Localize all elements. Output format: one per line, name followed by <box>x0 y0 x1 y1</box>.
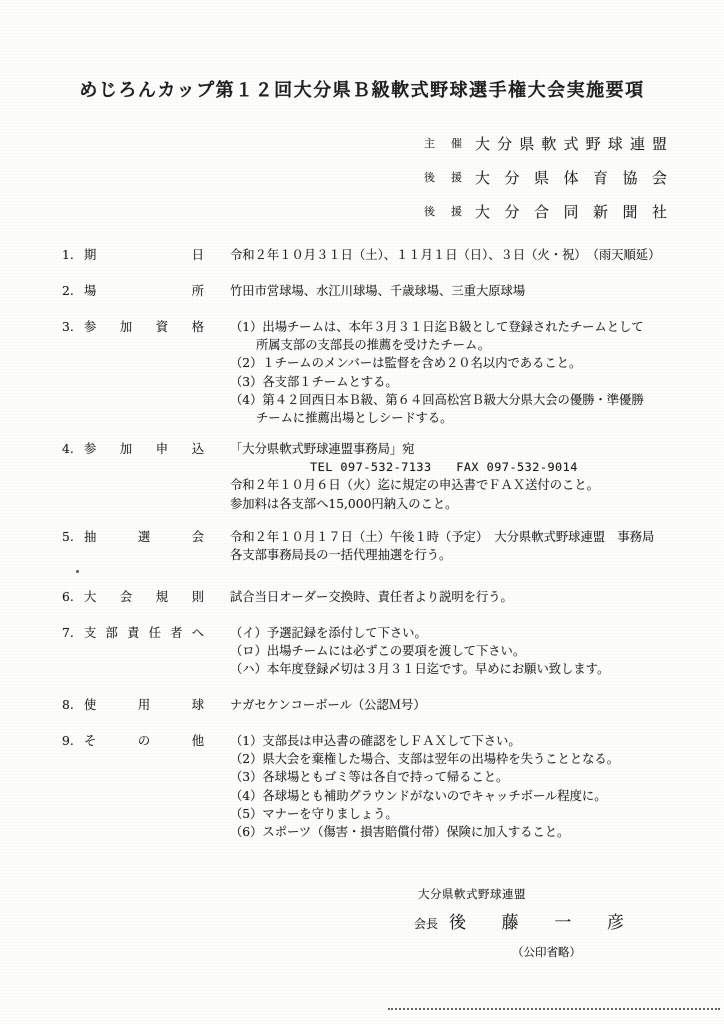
section-line: （イ）予選記録を添付して下さい。 <box>230 624 694 642</box>
section-line: 令和２年１０月３１日（土）、１１月１日（日）、３日（火・祝） （雨天順延） <box>230 246 694 264</box>
section-rules: 6. 大会規則 試合当日オーダー交換時、責任者より説明を行う。 <box>62 588 694 606</box>
section-eligibility: 3. 参加資格 （1）出場チームは、本年３月３１日迄Ｂ級として登録されたチームと… <box>62 318 694 427</box>
section-line: 所属支部の支部長の推薦を受けたチーム。 <box>230 336 694 354</box>
section-misc: 9. その他 （1）支部長は申込書の確認をしＦＡＸして下さい。 （2）県大会を棄… <box>62 732 694 841</box>
section-heading: 4. 参加申込 <box>62 440 230 513</box>
section-number: 3. <box>62 318 84 427</box>
section-ball: 8. 使用球 ナガセケンコーボール（公認Ｍ号） <box>62 696 694 714</box>
section-heading: 8. 使用球 <box>62 696 230 714</box>
seal-omitted-note: （公印省略） <box>512 944 581 960</box>
section-label: 参加申込 <box>84 440 204 513</box>
section-number: 2. <box>62 282 84 300</box>
section-date: 1. 期日 令和２年１０月３１日（土）、１１月１日（日）、３日（火・祝） （雨天… <box>62 246 694 264</box>
section-line: ナガセケンコーボール（公認Ｍ号） <box>230 696 694 714</box>
sponsor-row: 後援 大分県体育協会 <box>424 166 667 188</box>
section-line: 竹田市営球場、水江川球場、千歳球場、三重大原球場 <box>230 282 694 300</box>
section-venue: 2. 場所 竹田市営球場、水江川球場、千歳球場、三重大原球場 <box>62 282 694 300</box>
section-number: 4. <box>62 440 84 513</box>
section-number: 6. <box>62 588 84 606</box>
section-line: （6）スポーツ（傷害・損害賠償付帯）保険に加入すること。 <box>230 823 694 841</box>
scanned-document-page: めじろんカップ第１２回大分県Ｂ級軟式野球選手権大会実施要項 主催 大分県軟式野球… <box>0 0 724 1024</box>
section-line: （1）支部長は申込書の確認をしＦＡＸして下さい。 <box>230 732 694 750</box>
section-heading: 2. 場所 <box>62 282 230 300</box>
section-label: 支部責任者へ <box>84 624 204 679</box>
section-line: （5）マナーを守りましょう。 <box>230 805 694 823</box>
section-label: 場所 <box>84 282 204 300</box>
section-branch-managers: 7. 支部責任者へ （イ）予選記録を添付して下さい。 （ロ）出場チームには必ずこ… <box>62 624 694 679</box>
section-number: 9. <box>62 732 84 841</box>
section-label: 使用球 <box>84 696 204 714</box>
page-title: めじろんカップ第１２回大分県Ｂ級軟式野球選手権大会実施要項 <box>0 76 724 102</box>
section-heading: 9. その他 <box>62 732 230 841</box>
section-heading: 5. 抽選会 <box>62 528 230 564</box>
sponsor-role-label: 後援 <box>424 203 462 219</box>
section-line: （2）１チームのメンバーは監督を含め２０名以内であること。 <box>230 354 694 372</box>
section-line: （4）各球場とも補助グラウンドがないのでキャッチボール程度に。 <box>230 787 694 805</box>
section-line: （4）第４２回西日本Ｂ級、第６４回高松宮Ｂ級大分県大会の優勝・準優勝 <box>230 391 694 409</box>
section-line: 「大分県軟式野球連盟事務局」宛 <box>230 440 694 458</box>
section-application: 4. 参加申込 「大分県軟式野球連盟事務局」宛 TEL 097-532-7133… <box>62 440 694 513</box>
sponsor-row: 後援 大分合同新聞社 <box>424 200 667 222</box>
section-label: 大会規則 <box>84 588 204 606</box>
issuing-organization: 大分県軟式野球連盟 <box>418 886 526 902</box>
section-line: （2）県大会を棄権した場合、支部は翌年の出場枠を失うこととなる。 <box>230 750 694 768</box>
section-heading: 3. 参加資格 <box>62 318 230 427</box>
section-number: 7. <box>62 624 84 679</box>
section-line: 参加料は各支部へ15,000円納入のこと。 <box>230 495 694 513</box>
section-heading: 7. 支部責任者へ <box>62 624 230 679</box>
section-line: 各支部事務局長の一括代理抽選を行う。 <box>230 546 694 564</box>
sponsor-block: 主催 大分県軟式野球連盟 後援 大分県体育協会 後援 大分合同新聞社 <box>424 132 667 234</box>
sponsor-name: 大分県体育協会 <box>475 167 667 188</box>
sponsor-role-label: 後援 <box>424 169 462 185</box>
section-line: （ハ）本年度登録〆切は３月３１日迄です。早めにお願い致します。 <box>230 660 694 678</box>
section-label: 期日 <box>84 246 204 264</box>
section-line: 令和２年１０月６日（火）迄に規定の申込書でＦＡＸ送付のこと。 <box>230 476 694 494</box>
sponsor-role-label: 主催 <box>424 135 462 151</box>
section-line: 試合当日オーダー交換時、責任者より説明を行う。 <box>230 588 694 606</box>
sponsor-name: 大分県軟式野球連盟 <box>475 133 667 154</box>
section-number: 1. <box>62 246 84 264</box>
section-number: 5. <box>62 528 84 564</box>
section-line: （3）各支部１チームとする。 <box>230 373 694 391</box>
president-signature-line: 会長 後藤一彦 <box>414 908 624 933</box>
sponsor-name: 大分合同新聞社 <box>475 201 667 222</box>
section-heading: 6. 大会規則 <box>62 588 230 606</box>
contact-phone-fax: TEL 097-532-7133 FAX 097-532-9014 <box>230 458 694 476</box>
section-label: その他 <box>84 732 204 841</box>
section-heading: 1. 期日 <box>62 246 230 264</box>
sponsor-row: 主催 大分県軟式野球連盟 <box>424 132 667 154</box>
president-title-label: 会長 <box>414 915 438 932</box>
section-draw: 5. 抽選会 令和２年１０月１７日（土）午後１時（予定） 大分県軟式野球連盟 事… <box>62 528 694 564</box>
scan-artifact-dot <box>76 570 79 573</box>
section-line: （ロ）出場チームには必ずこの要項を渡して下さい。 <box>230 642 694 660</box>
section-line: （3）各球場ともゴミ等は各自で持って帰ること。 <box>230 768 694 786</box>
section-label: 参加資格 <box>84 318 204 427</box>
section-line: 令和２年１０月１７日（土）午後１時（予定） 大分県軟式野球連盟 事務局 <box>230 528 694 546</box>
section-line: （1）出場チームは、本年３月３１日迄Ｂ級として登録されたチームとして <box>230 318 694 336</box>
section-line: チームに推薦出場としシードする。 <box>230 409 694 427</box>
section-label: 抽選会 <box>84 528 204 564</box>
president-name: 後藤一彦 <box>449 908 624 933</box>
scan-artifact-dotted-line <box>388 1008 720 1010</box>
section-number: 8. <box>62 696 84 714</box>
